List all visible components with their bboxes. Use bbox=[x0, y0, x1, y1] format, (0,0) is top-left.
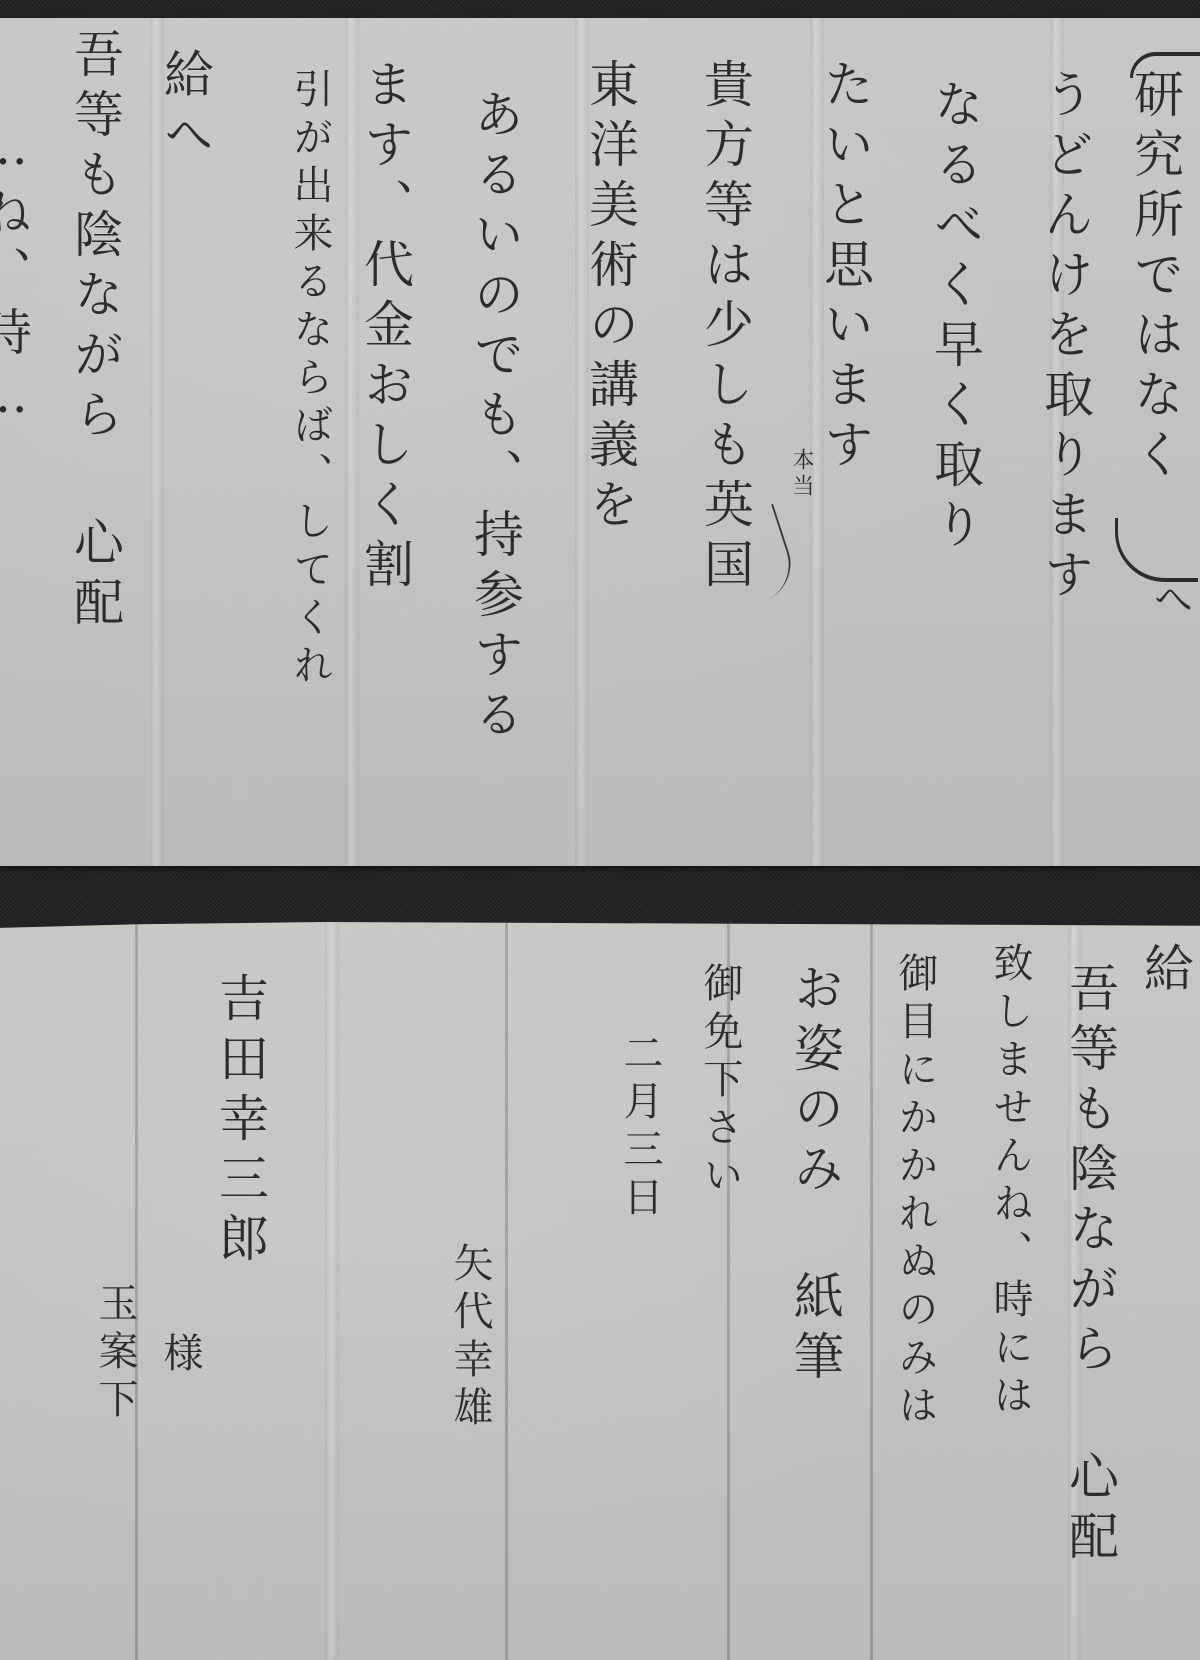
column-t4: たいと思います bbox=[820, 58, 870, 478]
recipient-honorific: 様 bbox=[160, 1332, 200, 1380]
column-t9: 引が出来るならば、してくれ bbox=[290, 68, 330, 692]
column-b1: 吾等も陰ながら 心配 bbox=[1065, 962, 1115, 1570]
column-t6: 東洋美術の講義を bbox=[585, 58, 635, 538]
column-t2: うどんけを取ります bbox=[1040, 68, 1090, 608]
column-t5-gloss: 本当 bbox=[790, 448, 812, 500]
column-b3: 御目にかかれぬのみは bbox=[895, 952, 935, 1432]
column-t12-partial: …ね、時… bbox=[0, 118, 28, 434]
column-t1: 研究所ではなく bbox=[1130, 68, 1180, 488]
column-t8: ます、代金おしく割 bbox=[360, 58, 410, 598]
fold-crease bbox=[325, 922, 339, 1660]
column-b2: 致しませんね、時には bbox=[990, 942, 1030, 1422]
column-b0-partial: 給 bbox=[1140, 942, 1190, 1002]
date-line: 二月三日 bbox=[620, 1032, 660, 1224]
column-b5-closing: 御免下さい bbox=[700, 962, 740, 1202]
fold-crease bbox=[870, 922, 873, 1660]
column-t7: あるいのでも、持参する bbox=[470, 88, 520, 748]
recipient-name: 吉田幸三郎 bbox=[215, 972, 265, 1272]
sender-signature: 矢代幸雄 bbox=[450, 1242, 490, 1434]
letter-panel-top: 研究所ではなく へ うどんけを取ります なるべく早く取り たいと思います 貴方等… bbox=[0, 18, 1200, 866]
column-t3: なるべく早く取り bbox=[930, 78, 980, 558]
column-t1-trailing: へ bbox=[1150, 578, 1190, 626]
close-parenthesis-stroke bbox=[1115, 518, 1198, 582]
salutation-gyokuanka: 玉案下 bbox=[95, 1282, 135, 1426]
fold-crease bbox=[505, 922, 508, 1660]
column-b4: お姿のみ 紙筆 bbox=[790, 962, 840, 1390]
letter-panel-bottom: 給 吾等も陰ながら 心配 致しませんね、時には 御目にかかれぬのみは お姿のみ … bbox=[0, 922, 1200, 1660]
column-t10: 給へ bbox=[160, 48, 210, 168]
column-t11: 吾等も陰ながら 心配 bbox=[70, 28, 120, 636]
